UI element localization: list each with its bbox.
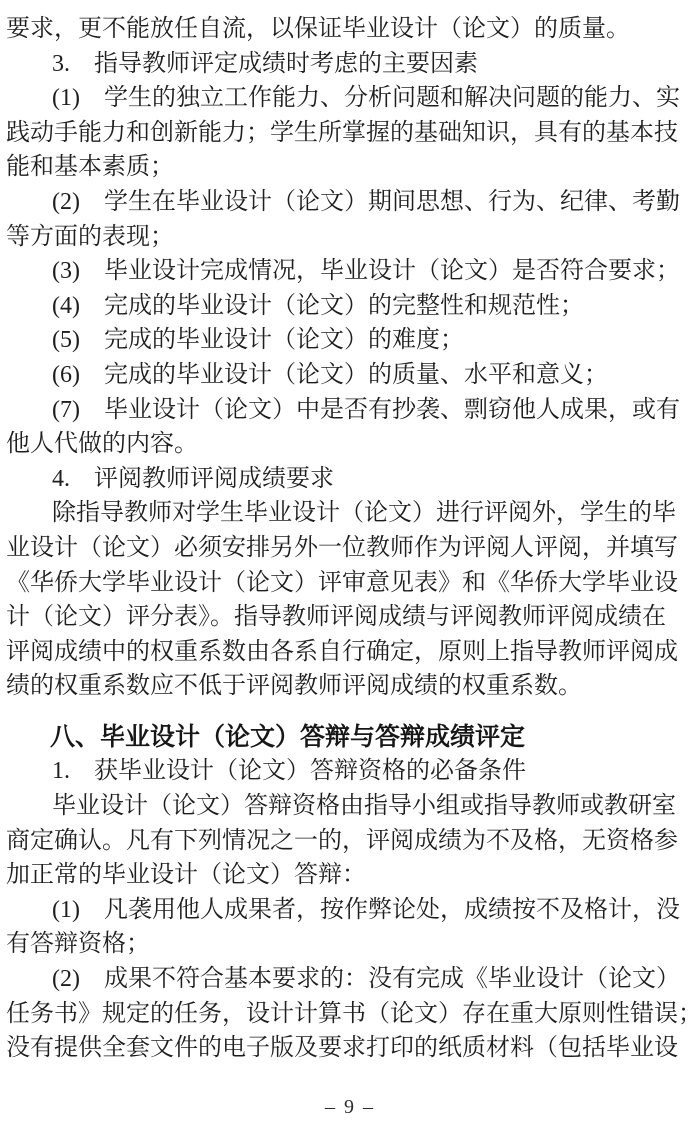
text-line: 评阅成绩中的权重系数由各系自行确定，原则上指导教师评阅成 — [6, 635, 698, 670]
text-line: 除指导教师对学生毕业设计（论文）进行评阅外，学生的毕 — [6, 496, 698, 531]
text-line: 他人代做的内容。 — [6, 427, 698, 462]
text-line: 有答辩资格； — [6, 927, 698, 962]
text-line: 《华侨大学毕业设计（论文）评审意见表》和《华侨大学毕业设 — [6, 566, 698, 601]
text-line: 毕业设计（论文）答辩资格由指导小组或指导教师或教研室 — [6, 789, 698, 824]
text-line: 任务书》规定的任务，设计计算书（论文）存在重大原则性错误； — [6, 997, 698, 1032]
text-line: 等方面的表现； — [6, 220, 698, 255]
text-line: (1) 凡袭用他人成果者，按作弊论处，成绩按不及格计，没 — [6, 893, 698, 928]
text-line: 绩的权重系数应不低于评阅教师评阅成绩的权重系数。 — [6, 669, 698, 704]
text-line: (7) 毕业设计（论文）中是否有抄袭、剽窃他人成果，或有 — [6, 393, 698, 428]
text-line: 3. 指导教师评定成绩时考虑的主要因素 — [6, 47, 698, 82]
text-line: 践动手能力和创新能力；学生所掌握的基础知识，具有的基本技 — [6, 116, 698, 151]
text-line: 没有提供全套文件的电子版及要求打印的纸质材料（包括毕业设 — [6, 1031, 698, 1066]
text-line: 商定确认。凡有下列情况之一的，评阅成绩为不及格，无资格参 — [6, 824, 698, 859]
page-number: – 9 – — [325, 1096, 375, 1118]
text-line: (1) 学生的独立工作能力、分析问题和解决问题的能力、实 — [6, 81, 698, 116]
text-line: 加正常的毕业设计（论文）答辩： — [6, 858, 698, 893]
text-line: (3) 毕业设计完成情况，毕业设计（论文）是否符合要求； — [6, 254, 698, 289]
text-line: 4. 评阅教师评阅成绩要求 — [6, 462, 698, 497]
text-line: (2) 成果不符合基本要求的：没有完成《毕业设计（论文） — [6, 962, 698, 997]
text-line: 要求，更不能放任自流，以保证毕业设计（论文）的质量。 — [6, 12, 698, 47]
text-line: 1. 获毕业设计（论文）答辩资格的必备条件 — [6, 754, 698, 789]
text-line: 业设计（论文）必须安排另外一位教师作为评阅人评阅，并填写 — [6, 531, 698, 566]
document-page: 要求，更不能放任自流，以保证毕业设计（论文）的质量。3. 指导教师评定成绩时考虑… — [0, 0, 700, 1136]
text-line: (4) 完成的毕业设计（论文）的完整性和规范性； — [6, 289, 698, 324]
text-line: (2) 学生在毕业设计（论文）期间思想、行为、纪律、考勤 — [6, 185, 698, 220]
text-line: (5) 完成的毕业设计（论文）的难度； — [6, 323, 698, 358]
text-line: 计（论文）评分表》。指导教师评阅成绩与评阅教师评阅成绩在 — [6, 600, 698, 635]
section-heading: 八、毕业设计（论文）答辩与答辩成绩评定 — [6, 720, 698, 755]
text-line: 能和基本素质； — [6, 150, 698, 185]
page-footer: – 9 – — [0, 1096, 700, 1119]
document-body: 要求，更不能放任自流，以保证毕业设计（论文）的质量。3. 指导教师评定成绩时考虑… — [6, 12, 698, 1066]
text-line: (6) 完成的毕业设计（论文）的质量、水平和意义； — [6, 358, 698, 393]
